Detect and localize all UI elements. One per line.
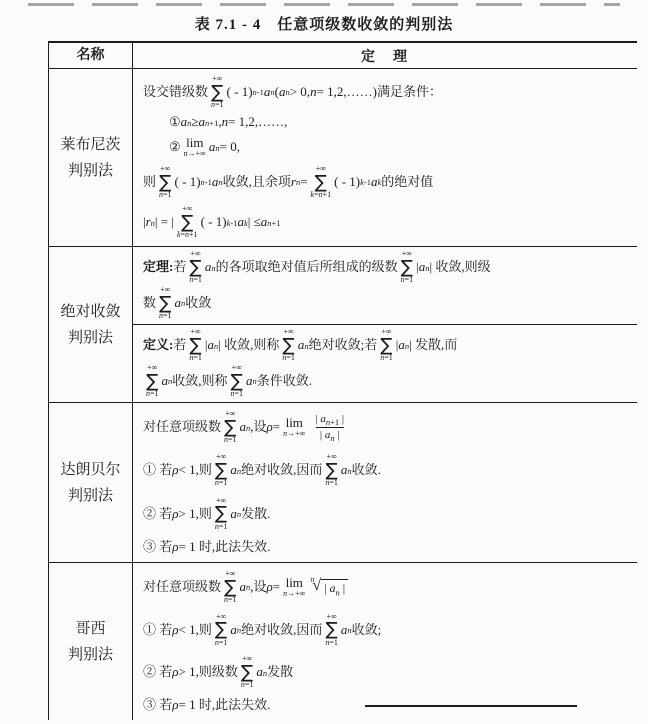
- test-name-line: 判别法: [68, 642, 113, 668]
- test-name-line: 绝对收敛: [60, 299, 120, 325]
- table-row-dalembert: 达朗贝尔 判别法 对任意项级数+∞∑n=1an,设 ρ = limn→+∞| a…: [49, 402, 637, 562]
- table-row-leibniz: 莱布尼茨 判别法 设交错级数+∞∑n=1( - 1)n-1an(an > 0,n…: [49, 69, 637, 246]
- formula-line: 对任意项级数+∞∑n=1an,设 ρ = limn→+∞n√| an |: [143, 570, 635, 605]
- theorem-section: 对任意项级数+∞∑n=1an,设 ρ = limn→+∞n√| an |① 若 …: [133, 563, 637, 720]
- convergence-tests-table: 名称 定 理 莱布尼茨 判别法 设交错级数+∞∑n=1( - 1)n-1an(a…: [48, 41, 637, 720]
- theorem-section: 定理:若+∞∑n=1an 的各项取绝对值后所组成的级数+∞∑n=1 | an |…: [133, 247, 637, 324]
- test-name-line: 达朗贝尔: [60, 457, 120, 483]
- test-name-dalembert: 达朗贝尔 判别法: [49, 403, 133, 562]
- formula-line: 定理:若+∞∑n=1an 的各项取绝对值后所组成的级数+∞∑n=1 | an |…: [143, 250, 635, 285]
- formula-line: ① 若 ρ < 1,则+∞∑n=1an 绝对收敛,因而+∞∑n=1an 收敛.: [143, 453, 635, 488]
- formula-line: 定义:若+∞∑n=1 | an | 收敛,则称+∞∑n=1an 绝对收敛;若+∞…: [143, 328, 635, 363]
- theorem-cell-cauchy: 对任意项级数+∞∑n=1an,设 ρ = limn→+∞n√| an |① 若 …: [133, 563, 637, 720]
- formula-line: ③ 若 ρ = 1 时,此法失效.: [143, 540, 635, 555]
- theorem-section: 对任意项级数+∞∑n=1an,设 ρ = limn→+∞| an+1 || an…: [133, 403, 637, 562]
- test-name-line: 哥西: [75, 616, 105, 642]
- test-name-leibniz: 莱布尼茨 判别法: [49, 69, 133, 246]
- formula-line: 对任意项级数+∞∑n=1an,设 ρ = limn→+∞| an+1 || an…: [143, 410, 635, 445]
- formula-line: ② 若 ρ > 1,则级数+∞∑n=1an 发散: [143, 655, 635, 690]
- page-title: 表 7.1 - 4 任意项级数收敛的判别法: [0, 13, 648, 34]
- table-bottom-border: [365, 705, 577, 707]
- theorem-cell-absolute-convergence: 定理:若+∞∑n=1an 的各项取绝对值后所组成的级数+∞∑n=1 | an |…: [133, 247, 637, 402]
- formula-line: ① an ≥ an+1,n = 1,2,……,: [143, 115, 635, 130]
- formula-line: 数+∞∑n=1an 收敛: [143, 286, 635, 321]
- theorem-cell-leibniz: 设交错级数+∞∑n=1( - 1)n-1an(an > 0,n = 1,2,………: [133, 69, 637, 246]
- test-name-line: 莱布尼茨: [60, 132, 120, 158]
- scan-artifact-line: [28, 3, 620, 6]
- formula-line: ① 若 ρ < 1,则+∞∑n=1an 绝对收敛,因而+∞∑n=1an 收敛;: [143, 613, 635, 648]
- header-name-col: 名称: [49, 43, 133, 68]
- header-theorem-col: 定 理: [133, 43, 637, 68]
- test-name-cauchy: 哥西 判别法: [49, 563, 133, 720]
- theorem-section: 定义:若+∞∑n=1 | an | 收敛,则称+∞∑n=1an 绝对收敛;若+∞…: [133, 324, 637, 402]
- table-header-row: 名称 定 理: [49, 43, 637, 69]
- test-name-line: 判别法: [68, 483, 113, 509]
- theorem-section: 设交错级数+∞∑n=1( - 1)n-1an(an > 0,n = 1,2,………: [133, 69, 637, 246]
- formula-line: ② limn→+∞ an = 0,: [143, 136, 635, 159]
- formula-line: +∞∑n=1an 收敛,则称+∞∑n=1an 条件收敛.: [143, 364, 635, 399]
- table-row-absolute-convergence: 绝对收敛 判别法 定理:若+∞∑n=1an 的各项取绝对值后所组成的级数+∞∑n…: [49, 246, 637, 402]
- test-name-line: 判别法: [68, 158, 113, 184]
- formula-line: ② 若 ρ > 1,则+∞∑n=1an 发散.: [143, 497, 635, 532]
- theorem-cell-dalembert: 对任意项级数+∞∑n=1an,设 ρ = limn→+∞| an+1 || an…: [133, 403, 637, 562]
- test-name-absolute-convergence: 绝对收敛 判别法: [49, 247, 133, 402]
- formula-line: 则+∞∑n=1( - 1)n-1an 收敛,且余项 rn = +∞∑k=n+1(…: [143, 165, 635, 200]
- test-name-line: 判别法: [68, 325, 113, 351]
- table-row-cauchy: 哥西 判别法 对任意项级数+∞∑n=1an,设 ρ = limn→+∞n√| a…: [49, 562, 637, 720]
- formula-line: 设交错级数+∞∑n=1( - 1)n-1an(an > 0,n = 1,2,………: [143, 75, 635, 110]
- formula-line: | rn | = |+∞∑k=n+1( - 1)k-1ak| ≤ an+1: [143, 205, 635, 240]
